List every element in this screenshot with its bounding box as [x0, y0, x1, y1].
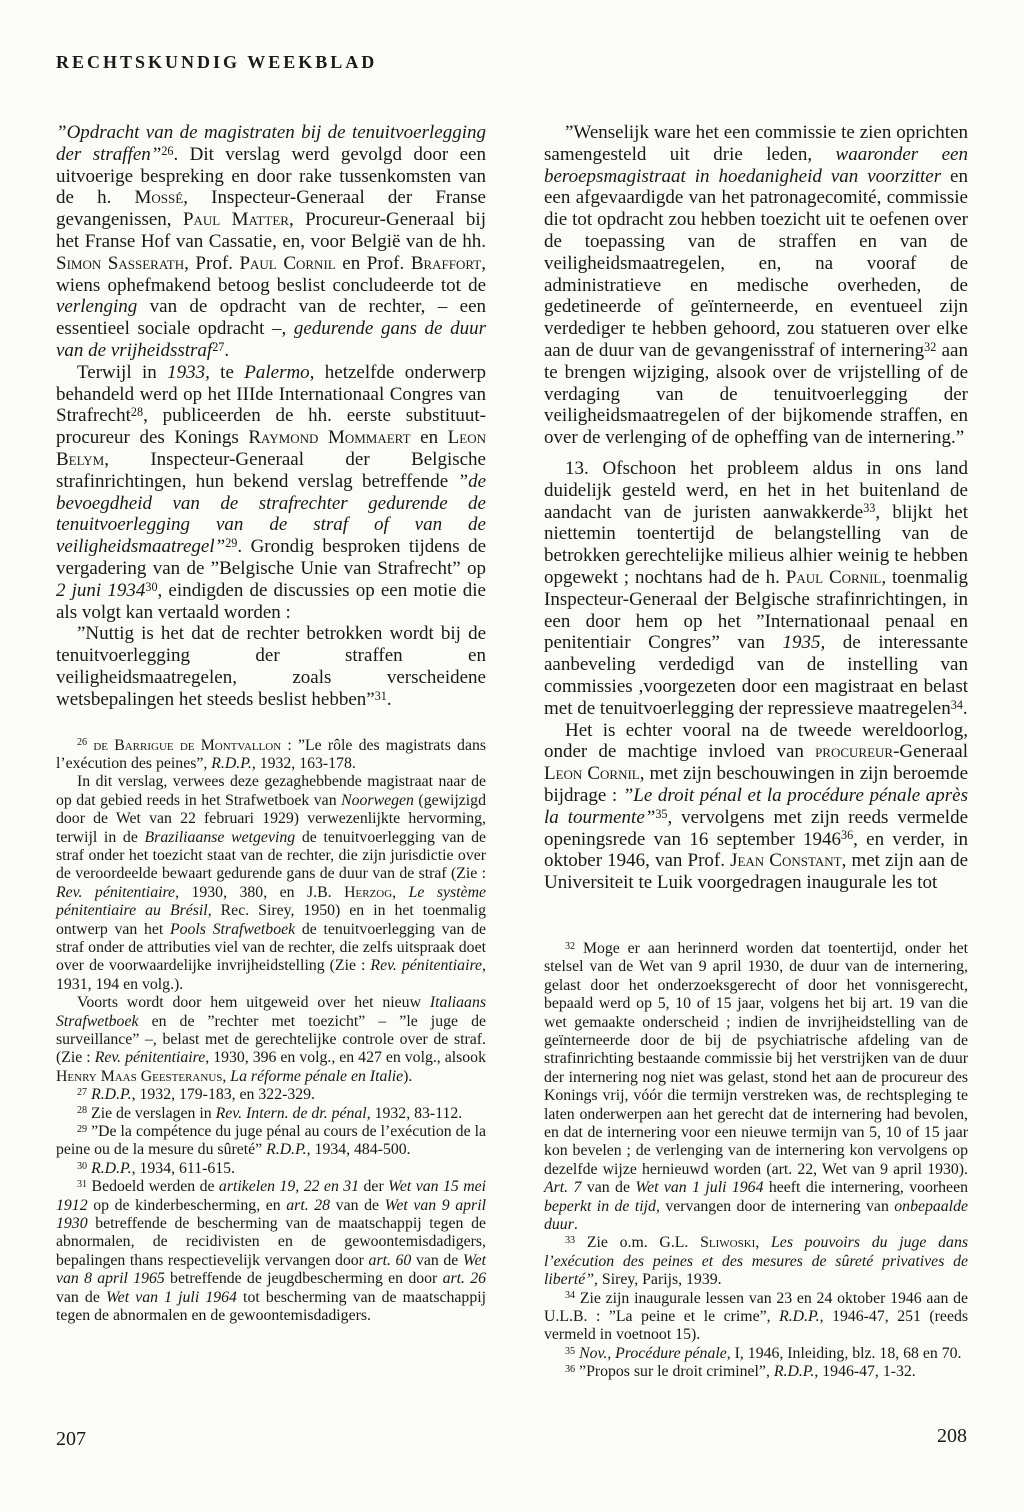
footnote-reference: 34 [951, 698, 963, 712]
text-run: en een afgevaardigde van het patronageco… [544, 166, 968, 361]
footnote-reference: 27 [77, 1087, 87, 1098]
text-run: van de [56, 1289, 106, 1306]
text-run: 1935, [782, 632, 825, 653]
right-column-footnotes: 32 Moge er aan herinnerd worden dat toen… [544, 940, 968, 1382]
two-column-layout: ”Opdracht van de magistraten bij de tenu… [56, 122, 968, 1382]
footnote-paragraph: 30 R.D.P., 1934, 611-615. [56, 1160, 486, 1178]
left-column-body: ”Opdracht van de magistraten bij de tenu… [56, 122, 486, 711]
text-run: Paul Matter [183, 209, 289, 230]
footnote-reference: 32 [924, 340, 936, 354]
left-column: ”Opdracht van de magistraten bij de tenu… [56, 122, 486, 1382]
text-run: Nov., Procédure pénale [579, 1345, 727, 1362]
text-run: Rev. Intern. de dr. pénal [216, 1105, 367, 1122]
text-run: , I, 1946, Inleiding, blz. 18, 68 en 70. [727, 1345, 962, 1362]
text-run: op de kinderbescherming, en [88, 1197, 287, 1214]
text-run: , 1932, 179-183, en 322-329. [132, 1086, 315, 1103]
text-run: Wet van 1 juli 1964 [106, 1289, 237, 1306]
footnote-reference: 33 [863, 501, 875, 515]
text-run: R.D.P. [91, 1086, 132, 1103]
footnote-reference: 28 [77, 1105, 87, 1116]
left-column-footnotes: 26 de Barrigue de Montvallon : ”Le rôle … [56, 737, 486, 1326]
body-paragraph: ”Nuttig is het dat de rechter betrokken … [56, 623, 486, 710]
text-run: . [963, 698, 968, 719]
text-run: , Sirey, Parijs, 1939. [594, 1271, 722, 1288]
text-run: R.D.P. [91, 1160, 132, 1177]
text-run: Jean Constant [730, 850, 842, 871]
text-run: Noorwegen [341, 792, 414, 809]
text-run: en [411, 427, 448, 448]
text-run: van de [330, 1197, 385, 1214]
text-run: Sliwoski [700, 1234, 755, 1251]
text-run: Bedoeld werden de [87, 1178, 219, 1195]
text-run: ”Propos sur le droit criminel”, [575, 1363, 774, 1380]
text-run: -Generaal [893, 741, 968, 762]
body-paragraph: 13. Ofschoon het probleem aldus in ons l… [544, 458, 968, 720]
text-run: Zie de verslagen in [87, 1105, 216, 1122]
footnote-paragraph: 29 ”De la compétence du juge pénal au co… [56, 1123, 486, 1160]
text-run: Paul Cornil [239, 253, 335, 274]
footnote-paragraph: 33 Zie o.m. G.L. Sliwoski, Les pouvoirs … [544, 1234, 968, 1289]
footnote-paragraph: 32 Moge er aan herinnerd worden dat toen… [544, 940, 968, 1235]
text-run: Herzog [344, 884, 392, 901]
footnote-paragraph: In dit verslag, verwees deze gezaghebben… [56, 773, 486, 994]
text-run: , Prof. [184, 253, 239, 274]
text-run: ). [403, 1068, 412, 1085]
footnote-paragraph: 26 de Barrigue de Montvallon : ”Le rôle … [56, 737, 486, 774]
right-column: ”Wenselijk ware het een commissie te zie… [544, 122, 968, 1382]
text-run: Mossé [135, 187, 184, 208]
text-run: , 1930, 396 en volg., en 427 en volg., a… [205, 1049, 486, 1066]
text-run: te [210, 362, 244, 383]
text-run: Rev. pénitentiaire [370, 957, 482, 974]
footnote-paragraph: 27 R.D.P., 1932, 179-183, en 322-329. [56, 1086, 486, 1104]
text-run: artikelen 19, 22 en 31 [219, 1178, 359, 1195]
footnote-reference: 32 [565, 941, 575, 952]
text-run: , 1934, 484-500. [307, 1141, 411, 1158]
page-number-left: 207 [56, 1428, 86, 1451]
footnote-paragraph: 35 Nov., Procédure pénale, I, 1946, Inle… [544, 1345, 968, 1363]
journal-title: RECHTSKUNDIG WEEKBLAD [56, 52, 377, 73]
text-run: verlenging [56, 296, 137, 317]
footnote-reference: 26 [161, 144, 173, 158]
footnote-paragraph: 34 Zie zijn inaugurale lessen van 23 en … [544, 1290, 968, 1345]
text-run: de Barrigue de Montvallon [93, 737, 281, 754]
footnote-reference: 28 [131, 405, 143, 419]
footnote-reference: 36 [841, 828, 853, 842]
text-run: beperkt in de tijd, [544, 1198, 660, 1215]
text-run: Braffort [411, 253, 481, 274]
footnote-paragraph: 36 ”Propos sur le droit criminel”, R.D.P… [544, 1363, 968, 1381]
text-run: en Prof. [336, 253, 411, 274]
body-paragraph: Het is echter vooral na de tweede wereld… [544, 720, 968, 894]
footnote-reference: 36 [565, 1364, 575, 1375]
footnote-paragraph: Voorts wordt door hem uitgeweid over het… [56, 994, 486, 1086]
text-run: Henry Maas Geesteranus [56, 1068, 222, 1085]
right-column-body: ”Wenselijk ware het een commissie te zie… [544, 122, 968, 894]
journal-page: RECHTSKUNDIG WEEKBLAD ”Opdracht van de m… [0, 0, 1024, 1512]
text-run: Paul Cornil [786, 567, 882, 588]
text-run: . [574, 1216, 578, 1233]
text-run: betreffende de jeugdbescherming en door [165, 1270, 443, 1287]
text-run: der [359, 1178, 388, 1195]
text-run: Braziliaanse wetgeving [145, 829, 296, 846]
text-run: art. 60 [369, 1252, 412, 1269]
text-run: Rev. pénitentiaire [56, 884, 175, 901]
footnote-paragraph: 31 Bedoeld werden de artikelen 19, 22 en… [56, 1178, 486, 1325]
footnote-reference: 30 [77, 1161, 87, 1172]
text-run: heeft die internering, voorheen [763, 1179, 968, 1196]
text-run: La réforme pénale en Italie [230, 1068, 403, 1085]
text-run: , 1932, 83-112. [367, 1105, 463, 1122]
text-run: . [387, 689, 392, 710]
text-run: vervangen door de internering van [660, 1198, 894, 1215]
text-run: 1933, [167, 362, 210, 383]
footnote-reference: 35 [655, 807, 667, 821]
text-run: , 1934, 611-615. [132, 1160, 235, 1177]
footnote-reference: 27 [212, 340, 224, 354]
text-run: , [755, 1234, 771, 1251]
text-run: R.D.P. [266, 1141, 307, 1158]
text-run: R.D.P. [779, 1308, 820, 1325]
text-run: R.D.P. [774, 1363, 815, 1380]
footnote-reference: 29 [77, 1124, 87, 1135]
text-run: R.D.P. [211, 755, 252, 772]
text-run: Leon Cornil [544, 763, 640, 784]
text-run: Moge er aan herinnerd worden dat toenter… [544, 940, 968, 1178]
text-run: Terwijl in [77, 362, 167, 383]
footnote-reference: 31 [77, 1179, 87, 1190]
text-run: . [224, 340, 229, 361]
page-number-right: 208 [937, 1425, 967, 1448]
text-run: Pools Strafwetboek [170, 921, 295, 938]
body-paragraph: ”Wenselijk ware het een commissie te zie… [544, 122, 968, 449]
text-run: art. 26 [443, 1270, 486, 1287]
text-run: Palermo, [244, 362, 314, 383]
text-run: , [392, 884, 408, 901]
footnote-reference: 29 [225, 536, 237, 550]
footnote-reference: 35 [565, 1346, 575, 1357]
text-run: art. 28 [286, 1197, 330, 1214]
text-run: , 1946-47, 1-32. [814, 1363, 915, 1380]
footnote-reference: 30 [145, 580, 157, 594]
text-run: , 1930, 380, en J.B. [175, 884, 344, 901]
text-run: van de [581, 1179, 635, 1196]
text-run: Art. 7 [544, 1179, 581, 1196]
footnote-reference: 34 [565, 1290, 575, 1301]
body-paragraph: Terwijl in 1933, te Palermo, hetzelfde o… [56, 362, 486, 624]
text-run: , Inspecteur-Generaal der Belgische stra… [56, 449, 486, 492]
text-run: procureur [815, 741, 893, 762]
text-run: ”Nuttig is het dat de rechter betrokken … [56, 623, 486, 709]
text-run: , 1932, 163-178. [252, 755, 356, 772]
footnote-reference: 33 [565, 1235, 575, 1246]
text-run: Wet van 1 juli 1964 [635, 1179, 763, 1196]
footnote-paragraph: 28 Zie de verslagen in Rev. Intern. de d… [56, 1105, 486, 1123]
text-run: Raymond Mommaert [248, 427, 410, 448]
text-run: Voorts wordt door hem uitgeweid over het… [77, 994, 430, 1011]
body-paragraph: ”Opdracht van de magistraten bij de tenu… [56, 122, 486, 362]
footnote-reference: 31 [375, 689, 387, 703]
text-run: 2 juni 1934 [56, 580, 145, 601]
text-run: van de [411, 1252, 463, 1269]
footnote-reference: 26 [77, 737, 87, 748]
text-run: Rev. pénitentiaire [95, 1049, 206, 1066]
text-run: Simon Sasserath [56, 253, 184, 274]
text-run: Zie o.m. G.L. [575, 1234, 700, 1251]
